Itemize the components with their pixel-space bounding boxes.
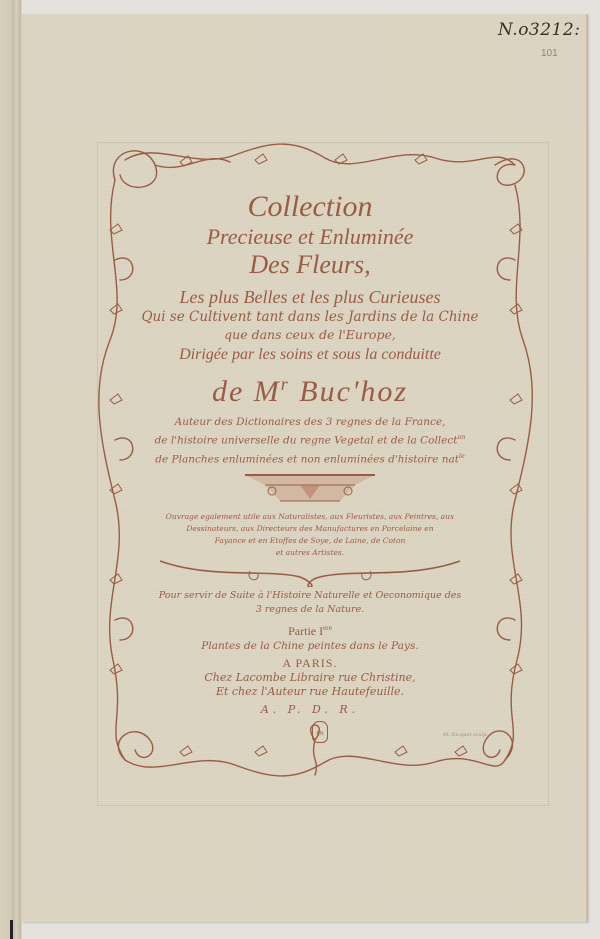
title-dirigee: Dirigée par les soins et sous la conduit…	[110, 344, 510, 366]
author-name: de Mr Buc'hoz	[110, 366, 510, 410]
page-right-edge	[586, 14, 588, 922]
catalog-number: N.o3212:	[498, 20, 580, 40]
partie-number: Partie I	[288, 624, 323, 638]
title-precieuse: Precieuse et Enluminée	[110, 224, 510, 250]
author-credentials-3-sup: le	[459, 453, 465, 460]
author-surname: Buc'hoz	[290, 375, 408, 408]
title-des-fleurs: Des Fleurs,	[110, 250, 510, 280]
usefulness-2: Dessinateurs, aux Directeurs des Manufac…	[110, 523, 510, 535]
usefulness-4: et autres Artistes.	[110, 547, 510, 559]
privilege-line: A. P. D. R.	[110, 703, 510, 717]
suite-line-1: Pour servir de Suite à l'Histoire Nature…	[110, 589, 510, 603]
author-credentials-2-text: de l'histoire universelle du regne Veget…	[155, 435, 458, 447]
scan-edge-marker	[10, 920, 13, 939]
usefulness-1: Ouvrage egalement utile aux Naturalistes…	[110, 511, 510, 523]
author-prefix: de M	[212, 375, 281, 408]
partie-subtitle: Plantes de la Chine peintes dans le Pays…	[110, 639, 510, 653]
title-cultivent: Qui se Cultivent tant dans les Jardins d…	[110, 308, 510, 326]
author-credentials-2-sup: on	[457, 434, 465, 441]
author-credentials-1: Auteur des Dictionaires des 3 regnes de …	[110, 414, 510, 430]
usefulness-3: Fayance et en Etoffes de Soye, de Laine,…	[110, 535, 510, 547]
partie-heading: Partie Iere	[110, 620, 510, 639]
binding-edge	[12, 0, 21, 939]
partie-sup: ere	[323, 624, 332, 632]
title-plus-belles: Les plus Belles et les plus Curieuses	[110, 286, 510, 308]
publisher-line-1: Chez Lacombe Libraire rue Christine,	[110, 671, 510, 685]
imprint-city: A PARIS.	[110, 655, 510, 671]
author-prefix-sup: r	[281, 374, 290, 394]
engraver-signature: M. Nicquet sculp.	[443, 732, 488, 738]
title-collection: Collection	[110, 190, 510, 224]
suite-line-2: 3 regnes de la Nature.	[110, 603, 510, 617]
publisher-line-2: Et chez l'Auteur rue Hautefeuille.	[110, 685, 510, 699]
author-credentials-3-text: de Planches enluminées et non enluminées…	[155, 453, 459, 465]
author-credentials-3: de Planches enluminées et non enluminées…	[110, 449, 510, 468]
swash-flourish-icon	[150, 559, 470, 587]
title-europe: que dans ceux de l'Europe,	[110, 326, 510, 344]
title-text-block: Collection Precieuse et Enluminée Des Fl…	[110, 190, 510, 717]
library-stamp-icon: BN	[312, 721, 328, 743]
ornamental-vignette-icon	[240, 471, 380, 505]
author-credentials-2: de l'histoire universelle du regne Veget…	[110, 430, 510, 449]
folio-number: 101	[541, 48, 558, 59]
